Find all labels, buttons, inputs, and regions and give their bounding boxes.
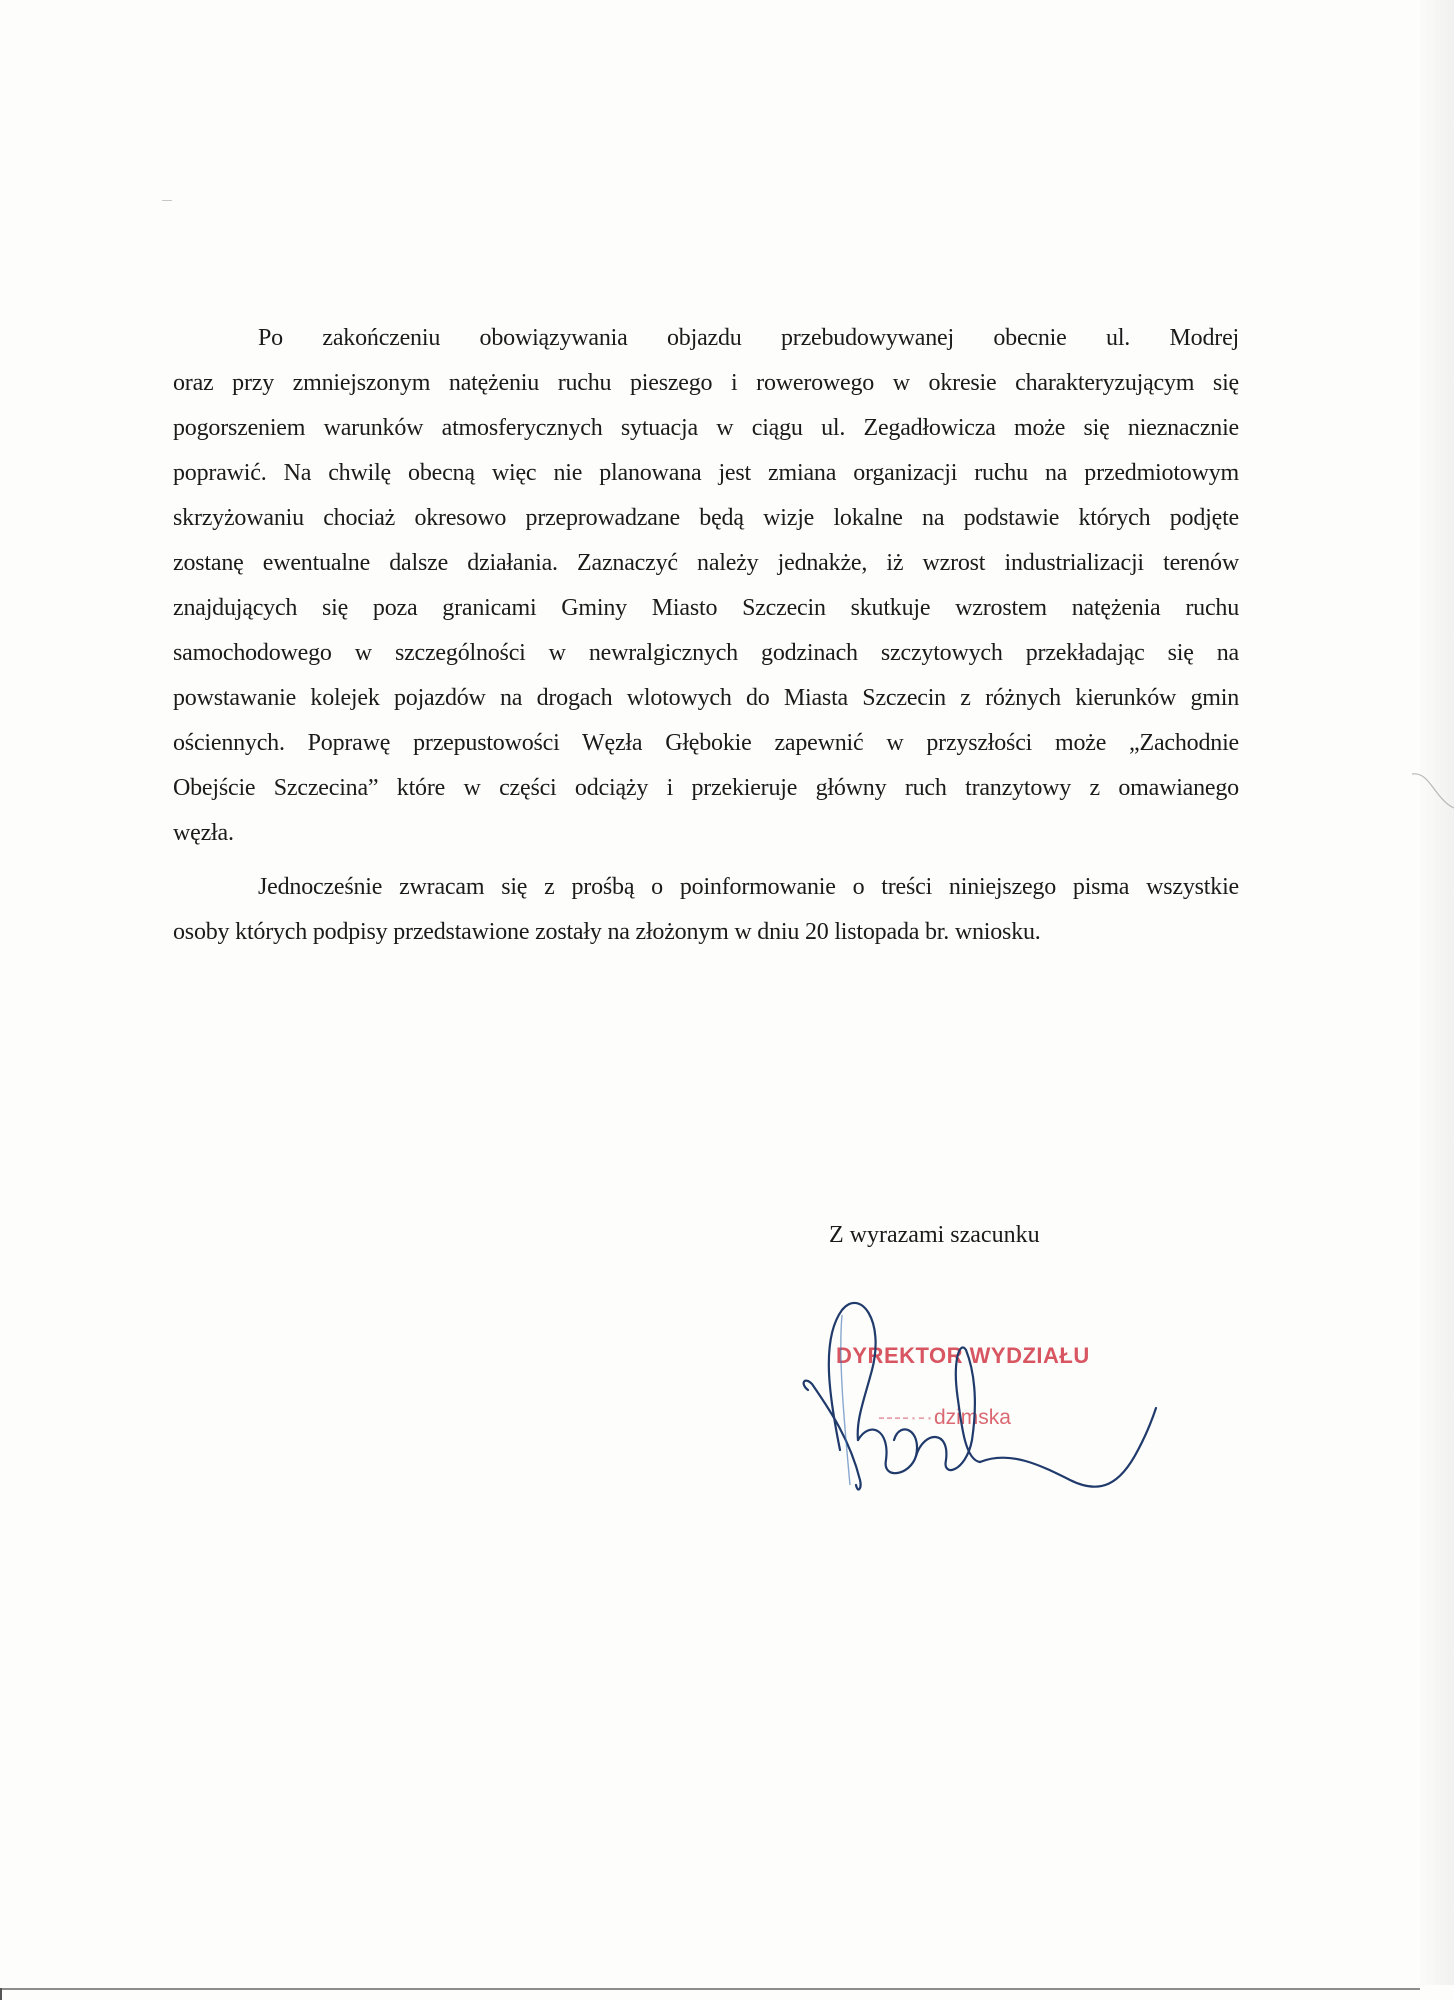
- body-line: znajdujących się poza granicami Gminy Mi…: [173, 586, 1239, 631]
- letter-body: Po zakończeniu obowiązywania objazdu prz…: [173, 316, 1239, 955]
- scan-artifact-curve: [1410, 770, 1454, 810]
- body-line: skrzyżowaniu chociaż okresowo przeprowad…: [173, 496, 1239, 541]
- body-line: poprawić. Na chwilę obecną więc nie plan…: [173, 451, 1239, 496]
- scan-artifact: [162, 200, 172, 201]
- body-line: Po zakończeniu obowiązywania objazdu prz…: [173, 316, 1239, 361]
- body-line: pogorszeniem warunków atmosferycznych sy…: [173, 406, 1239, 451]
- scanned-letter-page: Po zakończeniu obowiązywania objazdu prz…: [0, 0, 1454, 2000]
- closing-salutation: Z wyrazami szacunku: [829, 1220, 1040, 1250]
- body-line: ościennych. Poprawę przepustowości Węzła…: [173, 721, 1239, 766]
- handwritten-signature: [790, 1280, 1170, 1500]
- scan-corner-mark: [0, 1988, 2, 2000]
- body-line: Obejście Szczecina” które w części odcią…: [173, 766, 1239, 811]
- scan-edge-shadow: [1420, 0, 1454, 1985]
- scan-bottom-edge: [0, 1988, 1420, 1990]
- body-line: samochodowego w szczególności w newralgi…: [173, 631, 1239, 676]
- body-line: osoby których podpisy przedstawione zost…: [173, 910, 1239, 955]
- body-line: Jednocześnie zwracam się z prośbą o poin…: [173, 865, 1239, 910]
- body-line: powstawanie kolejek pojazdów na drogach …: [173, 676, 1239, 721]
- body-line: zostanę ewentualne dalsze działania. Zaz…: [173, 541, 1239, 586]
- body-line: węzła.: [173, 811, 1239, 856]
- body-line: oraz przy zmniejszonym natężeniu ruchu p…: [173, 361, 1239, 406]
